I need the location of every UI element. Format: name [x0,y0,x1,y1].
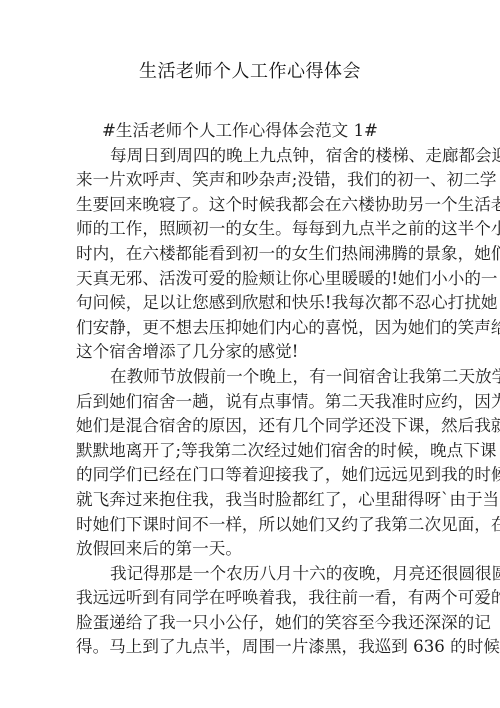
paragraph-line: 我记得那是一个农历八月十六的夜晚，月亮还很圆很圆! [76,562,428,587]
document-title: 生活老师个人工作心得体会 [0,58,500,86]
paragraph-line: 在教师节放假前一个晚上，有一间宿舍让我第二天放学 [76,365,428,390]
paragraph-line: 放假回来后的第一天。 [76,537,428,562]
paragraph-line: 时她们下课时间不一样，所以她们又约了我第二次见面，在 [76,513,428,538]
paragraph-line: 得。马上到了九点半，周围一片漆黑，我巡到 636 的时候， [76,635,428,660]
paragraph-2: 在教师节放假前一个晚上，有一间宿舍让我第二天放学 后到她们宿舍一趟，说有点事情。… [76,365,428,562]
document-body: #生活老师个人工作心得体会范文 1# 每周日到周四的晚上九点钟，宿舍的楼梯、走廊… [76,119,428,660]
paragraph-line: 默默地离开了;等我第二次经过她们宿舍的时候，晚点下课 [76,439,428,464]
paragraph-line: 来一片欢呼声、笑声和吵杂声;没错，我们的初一、初二学 [76,168,428,193]
paragraph-1: 每周日到周四的晚上九点钟，宿舍的楼梯、走廊都会迎 来一片欢呼声、笑声和吵杂声;没… [76,144,428,365]
paragraph-line: 就飞奔过来抱住我，我当时脸都红了，心里甜得呀`由于当 [76,488,428,513]
section-heading: #生活老师个人工作心得体会范文 1# [76,119,428,144]
paragraph-line: 的同学们已经在门口等着迎接我了，她们远远见到我的时候 [76,463,428,488]
paragraph-3: 我记得那是一个农历八月十六的夜晚，月亮还很圆很圆! 我远远听到有同学在呼唤着我，… [76,562,428,660]
paragraph-line: 这个宿舍增添了几分家的感觉! [76,340,428,365]
paragraph-line: 她们是混合宿舍的原因，还有几个同学还没下课，然后我就 [76,414,428,439]
paragraph-line: 脸蛋递给了我一只小公仔，她们的笑容至今我还深深的记 [76,611,428,636]
document-page: 生活老师个人工作心得体会 #生活老师个人工作心得体会范文 1# 每周日到周四的晚… [0,0,500,708]
paragraph-line: 我远远听到有同学在呼唤着我，我往前一看，有两个可爱的 [76,586,428,611]
paragraph-line: 师的工作，照顾初一的女生。每每到九点半之前的这半个小 [76,217,428,242]
paragraph-line: 生要回来晚寝了。这个时候我都会在六楼协助另一个生活老 [76,193,428,218]
paragraph-line: 们安静，更不想去压抑她们内心的喜悦，因为她们的笑声给 [76,316,428,341]
paragraph-line: 句问候，足以让您感到欣慰和快乐!我每次都不忍心打扰她 [76,291,428,316]
paragraph-line: 时内，在六楼都能看到初一的女生们热闹沸腾的景象，她们 [76,242,428,267]
paragraph-line: 天真无邪、活泼可爱的脸颊让你心里暖暖的!她们小小的一 [76,267,428,292]
paragraph-line: 后到她们宿舍一趟，说有点事情。第二天我准时应约，因为 [76,390,428,415]
paragraph-line: 每周日到周四的晚上九点钟，宿舍的楼梯、走廊都会迎 [76,144,428,169]
